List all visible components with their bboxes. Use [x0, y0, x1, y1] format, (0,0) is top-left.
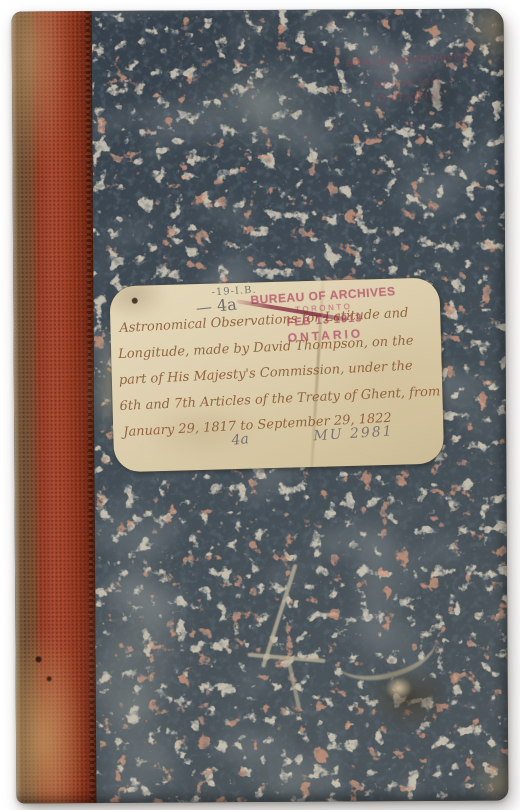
spine — [12, 11, 97, 803]
photo-canvas: BUREAU OF ARCHIVES TORONTO NOV 25 1911 O… — [0, 0, 520, 810]
book-cover: BUREAU OF ARCHIVES TORONTO NOV 25 1911 O… — [12, 9, 509, 804]
paper-label: -19-I.B. — 4a Astronomical Observations … — [109, 277, 444, 472]
faint-archives-stamp: BUREAU OF ARCHIVES TORONTO NOV 25 1911 O… — [337, 51, 480, 107]
pencil-annotation-bottom-left: 4a — [231, 431, 250, 449]
label-worm-hole — [132, 298, 138, 304]
